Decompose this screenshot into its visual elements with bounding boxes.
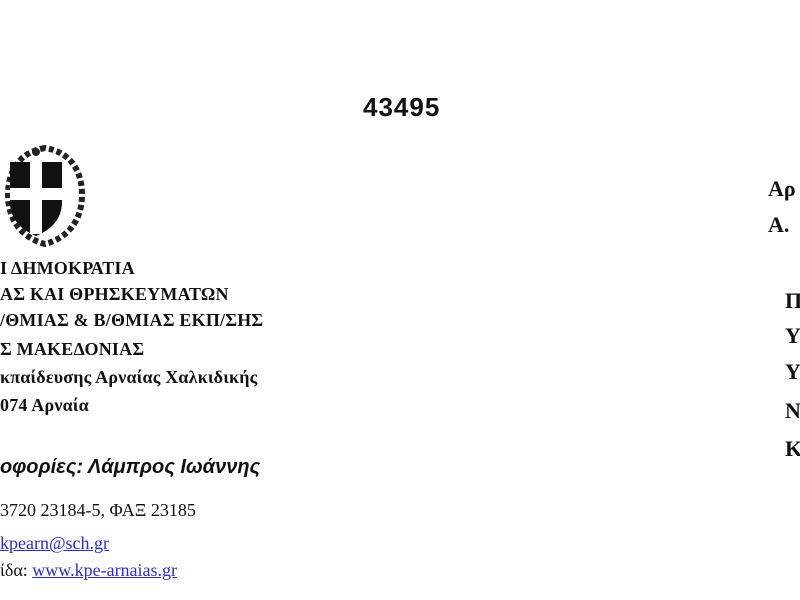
right-line-1: Αρ — [768, 176, 796, 202]
recipient-5: Κ — [785, 436, 800, 462]
protocol-number: 43495 — [363, 92, 440, 123]
recipient-2: Υ — [785, 323, 800, 349]
website-line: ίδα: www.kpe-arnaias.gr — [0, 560, 177, 581]
phone-fax: 3720 23184-5, ΦΑΞ 23185 — [0, 500, 196, 521]
recipient-4: Ν — [785, 398, 800, 424]
website-label: ίδα: — [0, 560, 32, 580]
email-line: kpearn@sch.gr — [0, 533, 109, 554]
header-line-2: ΑΣ ΚΑΙ ΘΡΗΣΚΕΥΜΑΤΩΝ — [0, 284, 229, 305]
header-line-4: Σ ΜΑΚΕΔΟΝΙΑΣ — [0, 339, 144, 360]
recipient-1: Π — [785, 288, 800, 314]
header-line-5: κπαίδευσης Αρναίας Χαλκιδικής — [0, 367, 257, 388]
website-link[interactable]: www.kpe-arnaias.gr — [32, 560, 177, 580]
header-line-6: 074 Αρναία — [0, 395, 89, 416]
header-line-1: Ι ΔΗΜΟΚΡΑΤΙΑ — [0, 258, 135, 279]
contact-person: οφορίες: Λάμπρος Ιωάννης — [0, 456, 260, 479]
email-link[interactable]: kpearn@sch.gr — [0, 533, 109, 553]
greek-coat-of-arms-icon — [0, 140, 90, 250]
header-line-3: /ΘΜΙΑΣ & Β/ΘΜΙΑΣ ΕΚΠ/ΣΗΣ — [0, 310, 263, 331]
right-line-2: Α. — [768, 212, 789, 238]
recipient-3: Υ — [785, 359, 800, 385]
